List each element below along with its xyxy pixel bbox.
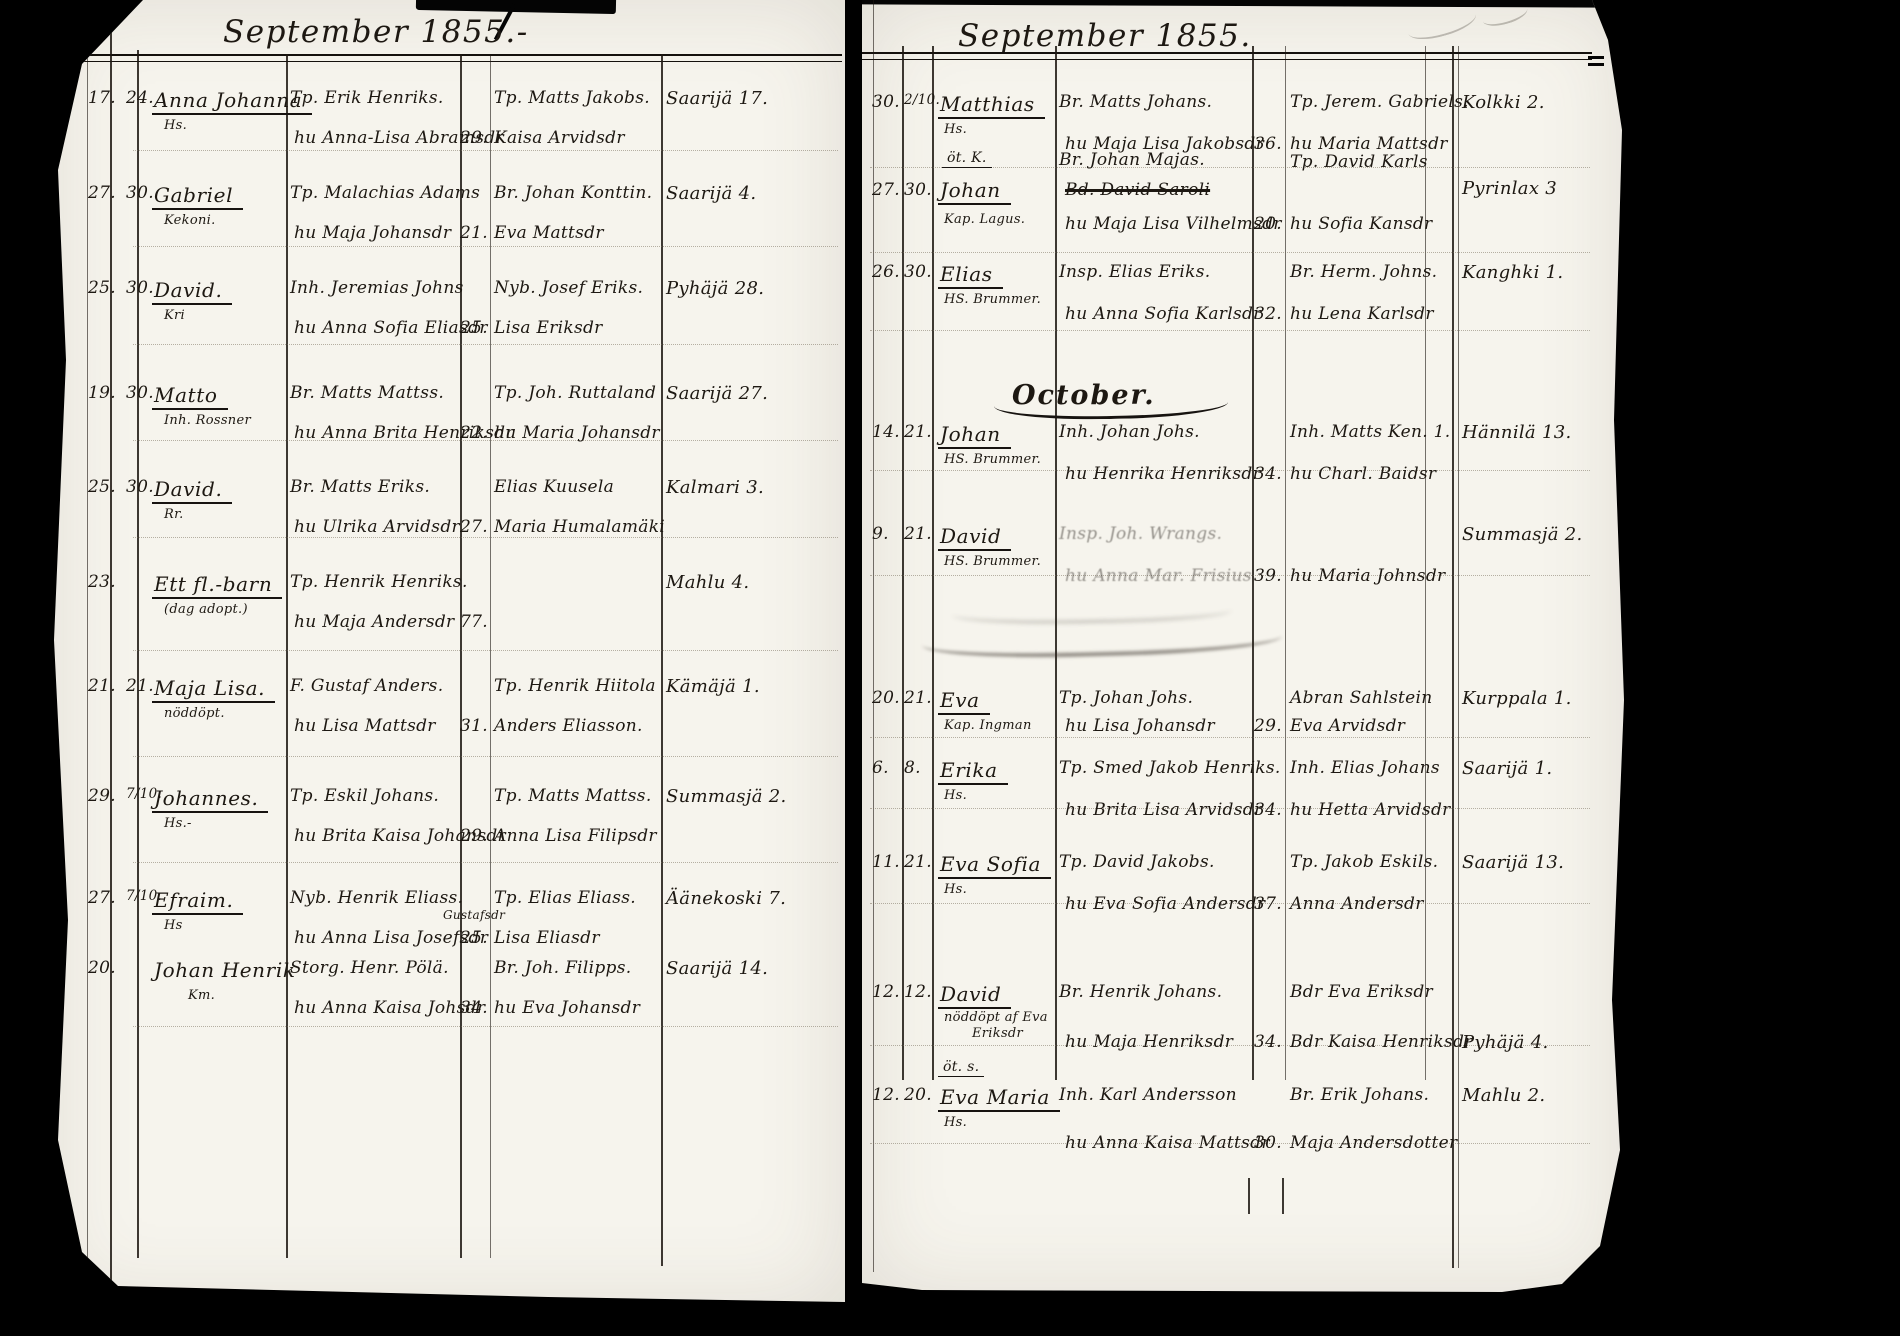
birth-day: 20. bbox=[88, 958, 116, 978]
witness-line2: hu Eva Johansdr bbox=[494, 998, 640, 1018]
witness-line2: hu Maria Johansdr bbox=[494, 423, 660, 443]
household-note: Inh. Rossner bbox=[164, 413, 251, 428]
witness-number: 36. bbox=[1254, 134, 1282, 154]
father-name: Tp. Smed Jakob Henriks. bbox=[1059, 758, 1281, 778]
witness-line2: Bdr Kaisa Henriksdr bbox=[1290, 1032, 1473, 1052]
father-name: Tp. Erik Henriks. bbox=[290, 88, 444, 108]
witness-number: 22. bbox=[460, 423, 488, 443]
child-name: Johan bbox=[938, 178, 1011, 205]
register-left-page: September 1855.- 2 17. 24. Anna Johanna … bbox=[48, 0, 845, 1308]
birth-day: 21. bbox=[88, 676, 116, 696]
rule-end-mark bbox=[1588, 63, 1604, 66]
witness-line2: hu Maria Johnsdr bbox=[1290, 566, 1445, 586]
mother-name: hu Brita Lisa Arvidsdr bbox=[1065, 800, 1262, 820]
home-village: Saarijä 14. bbox=[666, 958, 768, 979]
witness-line2: hu Charl. Baidsr bbox=[1290, 464, 1436, 484]
column-rule bbox=[1452, 46, 1454, 1268]
baptism-day: 2/10. bbox=[904, 92, 940, 108]
father-name: Storg. Henr. Pölä. bbox=[290, 958, 449, 978]
witness-line1: Tp. Joh. Ruttaland bbox=[494, 383, 656, 403]
father-name: Inh. Karl Andersson bbox=[1059, 1085, 1237, 1105]
home-village: Äänekoski 7. bbox=[666, 888, 786, 909]
birth-day: 25. bbox=[88, 278, 116, 298]
witness-number: 77. bbox=[460, 612, 488, 632]
witness-number: 32. bbox=[1254, 304, 1282, 324]
witness-number: 34. bbox=[460, 998, 488, 1018]
baptism-day: 24. bbox=[126, 88, 154, 108]
column-rule bbox=[286, 54, 288, 1258]
birth-day: 25. bbox=[88, 477, 116, 497]
child-name: Gabriel bbox=[152, 183, 243, 210]
row-guide bbox=[133, 344, 838, 345]
household-note: Rr. bbox=[164, 507, 184, 522]
home-village: Kurppala 1. bbox=[1462, 688, 1572, 709]
child-name: Eva bbox=[938, 688, 990, 715]
baptism-day: 12. bbox=[904, 982, 932, 1002]
home-village: Pyrinlax 3 bbox=[1462, 178, 1557, 199]
column-rule bbox=[932, 46, 934, 1080]
witness-line2: Anna Lisa Filipsdr bbox=[494, 826, 657, 846]
witness-number: 27. bbox=[460, 517, 488, 537]
witness-number: 37. bbox=[1254, 894, 1282, 914]
mother-name: hu Anna Sofia Karlsdr bbox=[1065, 304, 1262, 324]
struck-father-name: Bd. David Saroli bbox=[1065, 180, 1210, 200]
father-name: F. Gustaf Anders. bbox=[290, 676, 443, 696]
column-rule bbox=[1252, 46, 1254, 1080]
home-village: Mahlu 4. bbox=[666, 572, 749, 593]
father-name: Br. Henrik Johans. bbox=[1059, 982, 1222, 1002]
witness-line1: Br. Joh. Filipps. bbox=[494, 958, 631, 978]
mother-name: hu Maja Johansdr bbox=[294, 223, 451, 243]
home-village: Pyhäjä 4. bbox=[1462, 1032, 1549, 1053]
birth-day: 23. bbox=[88, 572, 116, 592]
home-village: Saarijä 13. bbox=[1462, 852, 1564, 873]
home-village: Kolkki 2. bbox=[1462, 92, 1545, 113]
child-name: Anna Johanna bbox=[152, 88, 312, 115]
home-village: Saarijä 1. bbox=[1462, 758, 1552, 779]
witness-number: 21. bbox=[460, 223, 488, 243]
witness-line1: Br. Erik Johans. bbox=[1290, 1085, 1429, 1105]
household-note: nöddöpt. bbox=[164, 706, 225, 721]
child-name: Efraim. bbox=[152, 888, 243, 915]
column-rule bbox=[137, 50, 139, 1258]
header-rule bbox=[862, 59, 1592, 60]
witness-line2: Maria Humalamäki bbox=[494, 517, 665, 537]
child-name: David bbox=[938, 982, 1011, 1009]
household-note: HS. Brummer. bbox=[944, 292, 1041, 307]
witness-line2: hu Hetta Arvidsdr bbox=[1290, 800, 1451, 820]
witness-line1: Bdr Eva Eriksdr bbox=[1290, 982, 1433, 1002]
father-name: Br. Matts Eriks. bbox=[290, 477, 430, 497]
witness-line2: Anna Andersdr bbox=[1290, 894, 1424, 914]
scan-artifact bbox=[858, 0, 1603, 8]
mother-name: hu Anna Kaisa Johsdr bbox=[294, 998, 485, 1018]
annotation-above-name: öt. s. bbox=[938, 1059, 984, 1077]
header-rule bbox=[62, 61, 842, 62]
witness-number: 25. bbox=[460, 928, 488, 948]
child-name: Matto bbox=[152, 383, 228, 410]
witness-line2: hu Maria Mattsdr bbox=[1290, 134, 1448, 154]
scan-artifact bbox=[1405, 3, 1479, 45]
child-name: Eva Maria bbox=[938, 1085, 1060, 1112]
witness-number: 39. bbox=[1254, 566, 1282, 586]
witness-line2: Kaisa Arvidsdr bbox=[494, 128, 625, 148]
father-name: Tp. David Jakobs. bbox=[1059, 852, 1215, 872]
column-rule bbox=[1285, 46, 1286, 1080]
birth-day: 12. bbox=[872, 982, 900, 1002]
household-note: Kekoni. bbox=[164, 213, 216, 228]
bottom-tick bbox=[1282, 1178, 1284, 1214]
column-rule bbox=[490, 54, 491, 1258]
child-name: Matthias bbox=[938, 92, 1045, 119]
father-name: Tp. Eskil Johans. bbox=[290, 786, 439, 806]
baptism-day: 30. bbox=[126, 183, 154, 203]
witness-line2: Eva Arvidsdr bbox=[1290, 716, 1405, 736]
erased-entry-smudge bbox=[922, 617, 1283, 660]
witness-line1: Abran Sahlstein bbox=[1290, 688, 1432, 708]
home-village: Mahlu 2. bbox=[1462, 1085, 1545, 1106]
birth-day: 14. bbox=[872, 422, 900, 442]
father-name: Inh. Jeremias Johns bbox=[290, 278, 464, 298]
home-village: Kämäjä 1. bbox=[666, 676, 760, 697]
birth-day: 20. bbox=[872, 688, 900, 708]
child-name: Elias bbox=[938, 262, 1003, 289]
rule-end-mark bbox=[1588, 56, 1604, 59]
witness-line1: Tp. David Karls bbox=[1290, 152, 1428, 172]
witness-line2: Lisa Eriksdr bbox=[494, 318, 603, 338]
home-village: Summasjä 2. bbox=[666, 786, 787, 807]
birth-day: 9. bbox=[872, 524, 889, 544]
child-name: David. bbox=[152, 477, 232, 504]
column-rule bbox=[1425, 46, 1426, 1080]
birth-day: 27. bbox=[872, 180, 900, 200]
father-name: Br. Matts Mattss. bbox=[290, 383, 444, 403]
birth-day: 12. bbox=[872, 1085, 900, 1105]
baptism-day: 30. bbox=[126, 278, 154, 298]
mother-name: hu Maja Lisa Vilhelmsdr bbox=[1065, 214, 1282, 234]
baptism-day: 30. bbox=[904, 262, 932, 282]
household-note: Hs. bbox=[944, 1115, 967, 1130]
household-note: Hs. bbox=[164, 118, 187, 133]
father-name: Tp. Johan Johs. bbox=[1059, 688, 1193, 708]
row-guide bbox=[870, 330, 1590, 331]
father-name: Br. Johan Majas. bbox=[1059, 150, 1205, 170]
birth-day: 27. bbox=[88, 183, 116, 203]
mother-name: hu Ulrika Arvidsdr bbox=[294, 517, 460, 537]
witness-line1: Inh. Matts Ken. 1. bbox=[1290, 422, 1450, 442]
column-rule bbox=[661, 54, 663, 1266]
child-name: Eva Sofia bbox=[938, 852, 1051, 879]
birth-day: 27. bbox=[88, 888, 116, 908]
witness-number: 31. bbox=[460, 716, 488, 736]
column-rule bbox=[902, 46, 904, 1080]
household-note: Kri bbox=[164, 308, 185, 323]
row-guide bbox=[133, 650, 838, 651]
household-note: HS. Brummer. bbox=[944, 452, 1041, 467]
household-note: Hs. bbox=[944, 882, 967, 897]
father-name: Tp. Henrik Henriks. bbox=[290, 572, 468, 592]
home-village: Kanghki 1. bbox=[1462, 262, 1563, 283]
household-note: Kap. Ingman bbox=[944, 718, 1032, 733]
father-name: Br. Matts Johans. bbox=[1059, 92, 1212, 112]
witness-line1: Br. Herm. Johns. bbox=[1290, 262, 1437, 282]
father-name: Tp. Malachias Adams bbox=[290, 183, 480, 203]
baptism-day: 21. bbox=[126, 676, 154, 696]
column-rule bbox=[1458, 46, 1459, 1268]
witness-line2: Lisa Eliasdr bbox=[494, 928, 600, 948]
row-guide bbox=[870, 252, 1590, 253]
mother-name: hu Maja Andersdr bbox=[294, 612, 454, 632]
mother-name: hu Henrika Henriksdr bbox=[1065, 464, 1261, 484]
witness-line1: Inh. Elias Johans bbox=[1290, 758, 1440, 778]
row-guide bbox=[133, 246, 838, 247]
witness-line1: Elias Kuusela bbox=[494, 477, 614, 497]
witness-line1: Tp. Henrik Hiitola bbox=[494, 676, 656, 696]
home-village: Saarijä 17. bbox=[666, 88, 768, 109]
baptism-day: 21. bbox=[904, 852, 932, 872]
witness-number: 34. bbox=[1254, 800, 1282, 820]
father-name: Insp. Elias Eriks. bbox=[1059, 262, 1210, 282]
row-guide bbox=[133, 537, 838, 538]
scan-artifact bbox=[416, 0, 616, 14]
household-note: Hs. bbox=[944, 788, 967, 803]
witness-line2: Maja Andersdotter bbox=[1290, 1133, 1457, 1153]
witness-line1: Nyb. Josef Eriks. bbox=[494, 278, 643, 298]
child-name: Johan bbox=[938, 422, 1011, 449]
baptism-day: 30. bbox=[126, 383, 154, 403]
mother-name: hu Anna Sofia Eliasdr bbox=[294, 318, 488, 338]
father-name: Insp. Joh. Wrangs. bbox=[1059, 524, 1222, 544]
home-village: Hännilä 13. bbox=[1462, 422, 1572, 443]
birth-day: 26. bbox=[872, 262, 900, 282]
baptism-day: 21. bbox=[904, 688, 932, 708]
column-rule bbox=[1055, 46, 1057, 1080]
annotation-above-name: öt. K. bbox=[942, 150, 992, 168]
row-guide bbox=[133, 150, 838, 151]
baptism-day: 30. bbox=[126, 477, 154, 497]
child-name: David bbox=[938, 524, 1011, 551]
baptism-day: 21. bbox=[904, 422, 932, 442]
mother-name: hu Eva Sofia Andersdr bbox=[1065, 894, 1265, 914]
witness-number: 29. bbox=[460, 128, 488, 148]
bottom-tick bbox=[1248, 1178, 1250, 1214]
birth-day: 11. bbox=[872, 852, 900, 872]
witness-line2: Eva Mattsdr bbox=[494, 223, 604, 243]
household-note: Hs bbox=[164, 918, 183, 933]
home-village: Pyhäjä 28. bbox=[666, 278, 764, 299]
child-name: Ett fl.-barn bbox=[152, 572, 282, 599]
household-note: Hs.- bbox=[164, 816, 192, 831]
household-note: HS. Brummer. bbox=[944, 554, 1041, 569]
household-note: Kap. Lagus. bbox=[944, 212, 1025, 227]
household-note: Hs. bbox=[944, 122, 967, 137]
baptism-day: 30. bbox=[904, 180, 932, 200]
mother-name: hu Lisa Johansdr bbox=[1065, 716, 1215, 736]
father-name: Inh. Johan Johs. bbox=[1059, 422, 1200, 442]
baptism-note: nöddöpt af Eva bbox=[944, 1010, 1048, 1025]
child-name: Johannes. bbox=[152, 786, 268, 813]
mother-name: hu Anna Mar. Frisius bbox=[1065, 566, 1252, 586]
witness-line1: Tp. Jerem. Gabriels. bbox=[1290, 92, 1469, 112]
home-village: Kalmari 3. bbox=[666, 477, 764, 498]
father-name: Nyb. Henrik Eliass. bbox=[290, 888, 463, 908]
baptism-day: 8. bbox=[904, 758, 921, 778]
home-village: Saarijä 4. bbox=[666, 183, 756, 204]
header-rule bbox=[862, 52, 1592, 54]
birth-day: 30. bbox=[872, 92, 900, 112]
mother-name: hu Lisa Mattsdr bbox=[294, 716, 436, 736]
child-name: David. bbox=[152, 278, 232, 305]
household-note: (dag adopt.) bbox=[164, 602, 248, 617]
child-name: Erika bbox=[938, 758, 1008, 785]
birth-day: 6. bbox=[872, 758, 889, 778]
baptism-day: 20. bbox=[904, 1085, 932, 1105]
baptism-day: 21. bbox=[904, 524, 932, 544]
row-guide bbox=[133, 1026, 838, 1027]
header-rule bbox=[62, 54, 842, 56]
page-title: September 1855.- bbox=[223, 14, 529, 50]
witness-line2: Anders Eliasson. bbox=[494, 716, 643, 736]
witness-number: 20. bbox=[1254, 214, 1282, 234]
birth-day: 29. bbox=[88, 786, 116, 806]
witness-line1: Tp. Matts Jakobs. bbox=[494, 88, 650, 108]
witness-line2: hu Lena Karlsdr bbox=[1290, 304, 1434, 324]
register-right-page: September 1855. 30. 2/10. Matthias Hs. B… bbox=[862, 0, 1625, 1296]
witness-line2: hu Sofia Kansdr bbox=[1290, 214, 1432, 234]
mother-name: hu Anna Kaisa Mattsdr bbox=[1065, 1133, 1270, 1153]
row-guide bbox=[870, 737, 1590, 738]
page-title: September 1855. bbox=[958, 18, 1252, 54]
birth-day: 17. bbox=[88, 88, 116, 108]
witness-number: 30. bbox=[1254, 1133, 1282, 1153]
household-note: Km. bbox=[188, 988, 215, 1003]
home-village: Saarijä 27. bbox=[666, 383, 768, 404]
witness-line1: Br. Johan Konttin. bbox=[494, 183, 652, 203]
witness-number: 29. bbox=[460, 826, 488, 846]
mother-name: hu Maja Henriksdr bbox=[1065, 1032, 1233, 1052]
witness-line1: Tp. Elias Eliass. bbox=[494, 888, 636, 908]
child-name: Maja Lisa. bbox=[152, 676, 275, 703]
witness-line1: Tp. Matts Mattss. bbox=[494, 786, 652, 806]
witness-number: 29. bbox=[1254, 716, 1282, 736]
interlinear-correction: Gustafsdr bbox=[443, 908, 505, 922]
baptism-note: Eriksdr bbox=[972, 1026, 1023, 1041]
witness-number: 25. bbox=[460, 318, 488, 338]
witness-number: 34. bbox=[1254, 464, 1282, 484]
row-guide bbox=[133, 862, 838, 863]
child-name: Johan Henrik bbox=[152, 958, 306, 983]
margin-page-number: 2 bbox=[56, 122, 66, 140]
witness-line1: Tp. Jakob Eskils. bbox=[1290, 852, 1438, 872]
row-guide bbox=[133, 756, 838, 757]
witness-number: 34. bbox=[1254, 1032, 1282, 1052]
birth-day: 19. bbox=[88, 383, 116, 403]
home-village: Summasjä 2. bbox=[1462, 524, 1583, 545]
